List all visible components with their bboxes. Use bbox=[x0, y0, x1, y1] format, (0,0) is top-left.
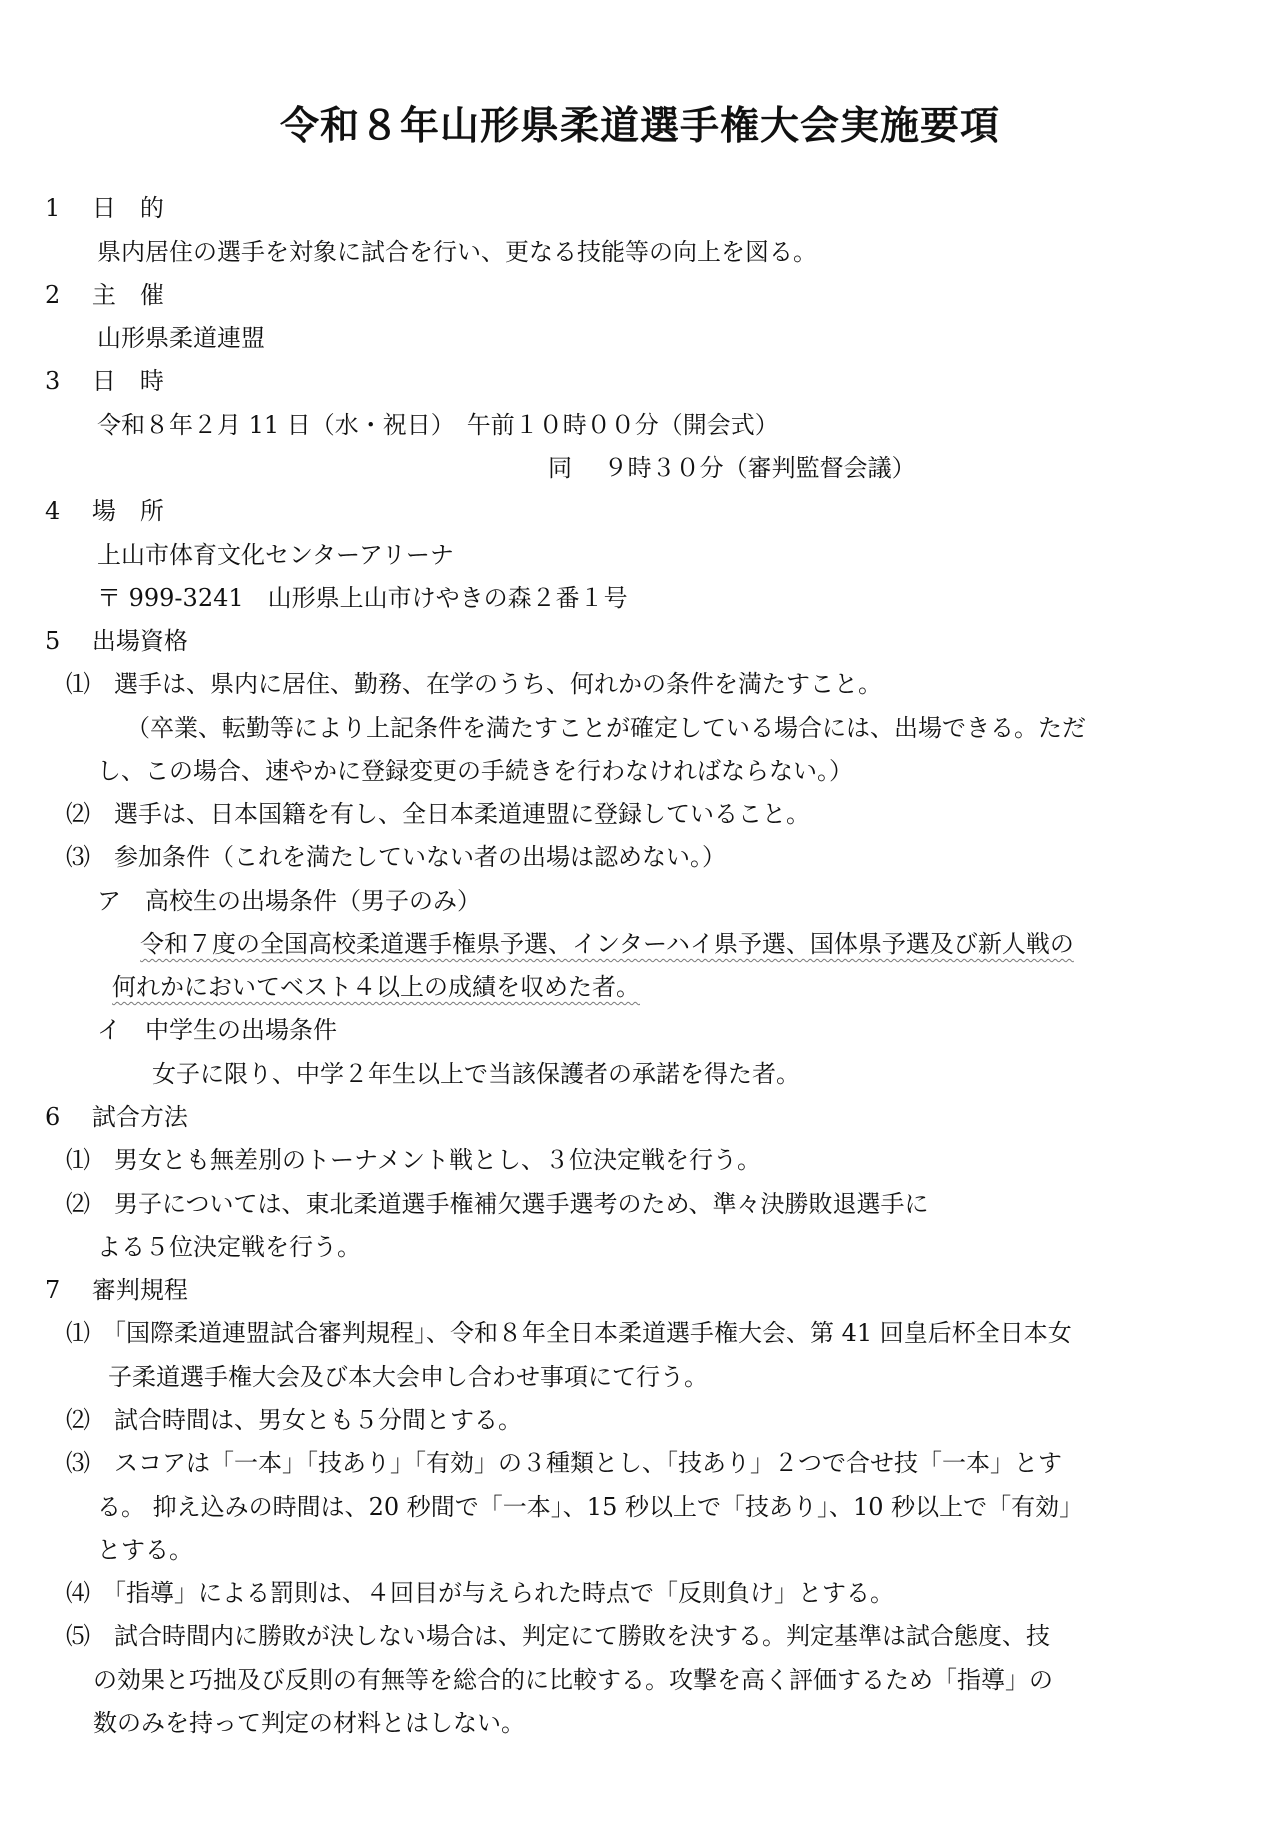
document-line: ⑶ 参加条件（これを満たしていない者の出場は認めない。） bbox=[66, 842, 726, 872]
document-line: ⑵ 選手は、日本国籍を有し、全日本柔道連盟に登録していること。 bbox=[66, 799, 810, 829]
document-line: ⑵ 試合時間は、男女とも５分間とする。 bbox=[66, 1405, 522, 1435]
document-line: 7 審判規程 bbox=[45, 1275, 188, 1305]
document-line: ⑴ 「国際柔道連盟試合審判規程」、令和８年全日本柔道選手権大会、第 41 回皇后… bbox=[66, 1318, 1072, 1348]
document-line: 1 日 的 bbox=[45, 193, 164, 223]
document-line: 県内居住の選手を対象に試合を行い、更なる技能等の向上を図る。 bbox=[97, 237, 817, 267]
document-line: 同 ９時３０分（審判監督会議） bbox=[548, 453, 916, 483]
document-line: る。 抑え込みの時間は、20 秒間で「一本」、15 秒以上で「技あり」、10 秒… bbox=[97, 1492, 1083, 1522]
document-line: 〒 999-3241 山形県上山市けやきの森２番１号 bbox=[97, 583, 628, 613]
document-line: ⑸ 試合時間内に勝敗が決しない場合は、判定にて勝敗を決する。判定基準は試合態度、… bbox=[66, 1621, 1050, 1651]
document-line: イ 中学生の出場条件 bbox=[97, 1015, 337, 1045]
document-line: ⑷ 「指導」による罰則は、４回目が与えられた時点で「反則負け」とする。 bbox=[66, 1578, 894, 1608]
document-line: 5 出場資格 bbox=[45, 626, 188, 656]
document-line: し、この場合、速やかに登録変更の手続きを行わなければならない。） bbox=[97, 756, 853, 786]
document-line: 上山市体育文化センターアリーナ bbox=[97, 540, 454, 570]
document-line: 何れかにおいてベスト４以上の成績を収めた者。 bbox=[112, 972, 640, 1002]
document-line: （卒業、転勤等により上記条件を満たすことが確定している場合には、出場できる。ただ bbox=[126, 713, 1086, 743]
document-line: とする。 bbox=[97, 1535, 193, 1565]
document-line: 山形県柔道連盟 bbox=[97, 323, 265, 353]
document-line: 子柔道選手権大会及び本大会申し合わせ事項にて行う。 bbox=[108, 1362, 708, 1392]
document-line: 数のみを持って判定の材料とはしない。 bbox=[93, 1708, 525, 1738]
document-line: ⑵ 男子については、東北柔道選手権補欠選手選考のため、準々決勝敗退選手に bbox=[66, 1189, 929, 1219]
document-line: ア 高校生の出場条件（男子のみ） bbox=[97, 886, 481, 916]
document-line: 令和７度の全国高校柔道選手権県予選、インターハイ県予選、国体県予選及び新人戦の bbox=[140, 929, 1074, 959]
document-line: ⑴ 選手は、県内に居住、勤務、在学のうち、何れかの条件を満たすこと。 bbox=[66, 669, 882, 699]
document-line: 令和８年２月 11 日（水・祝日） 午前１０時００分（開会式） bbox=[97, 410, 779, 440]
document-line: 6 試合方法 bbox=[45, 1102, 188, 1132]
document-line: よる５位決定戦を行う。 bbox=[97, 1232, 361, 1262]
document-line: の効果と巧拙及び反則の有無等を総合的に比較する。攻撃を高く評価するため「指導」の bbox=[93, 1665, 1053, 1695]
document-title: 令和８年山形県柔道選手権大会実施要項 bbox=[0, 95, 1280, 151]
document-line: ⑴ 男女とも無差別のトーナメント戦とし、３位決定戦を行う。 bbox=[66, 1145, 761, 1175]
document-line: 女子に限り、中学２年生以上で当該保護者の承諾を得た者。 bbox=[152, 1059, 800, 1089]
document-line: 3 日 時 bbox=[45, 366, 164, 396]
document-line: 4 場 所 bbox=[45, 496, 164, 526]
document-line: ⑶ スコアは「一本」「技あり」「有効」の３種類とし、「技あり」２つで合せ技「一本… bbox=[66, 1448, 1062, 1478]
document-line: 2 主 催 bbox=[45, 280, 164, 310]
